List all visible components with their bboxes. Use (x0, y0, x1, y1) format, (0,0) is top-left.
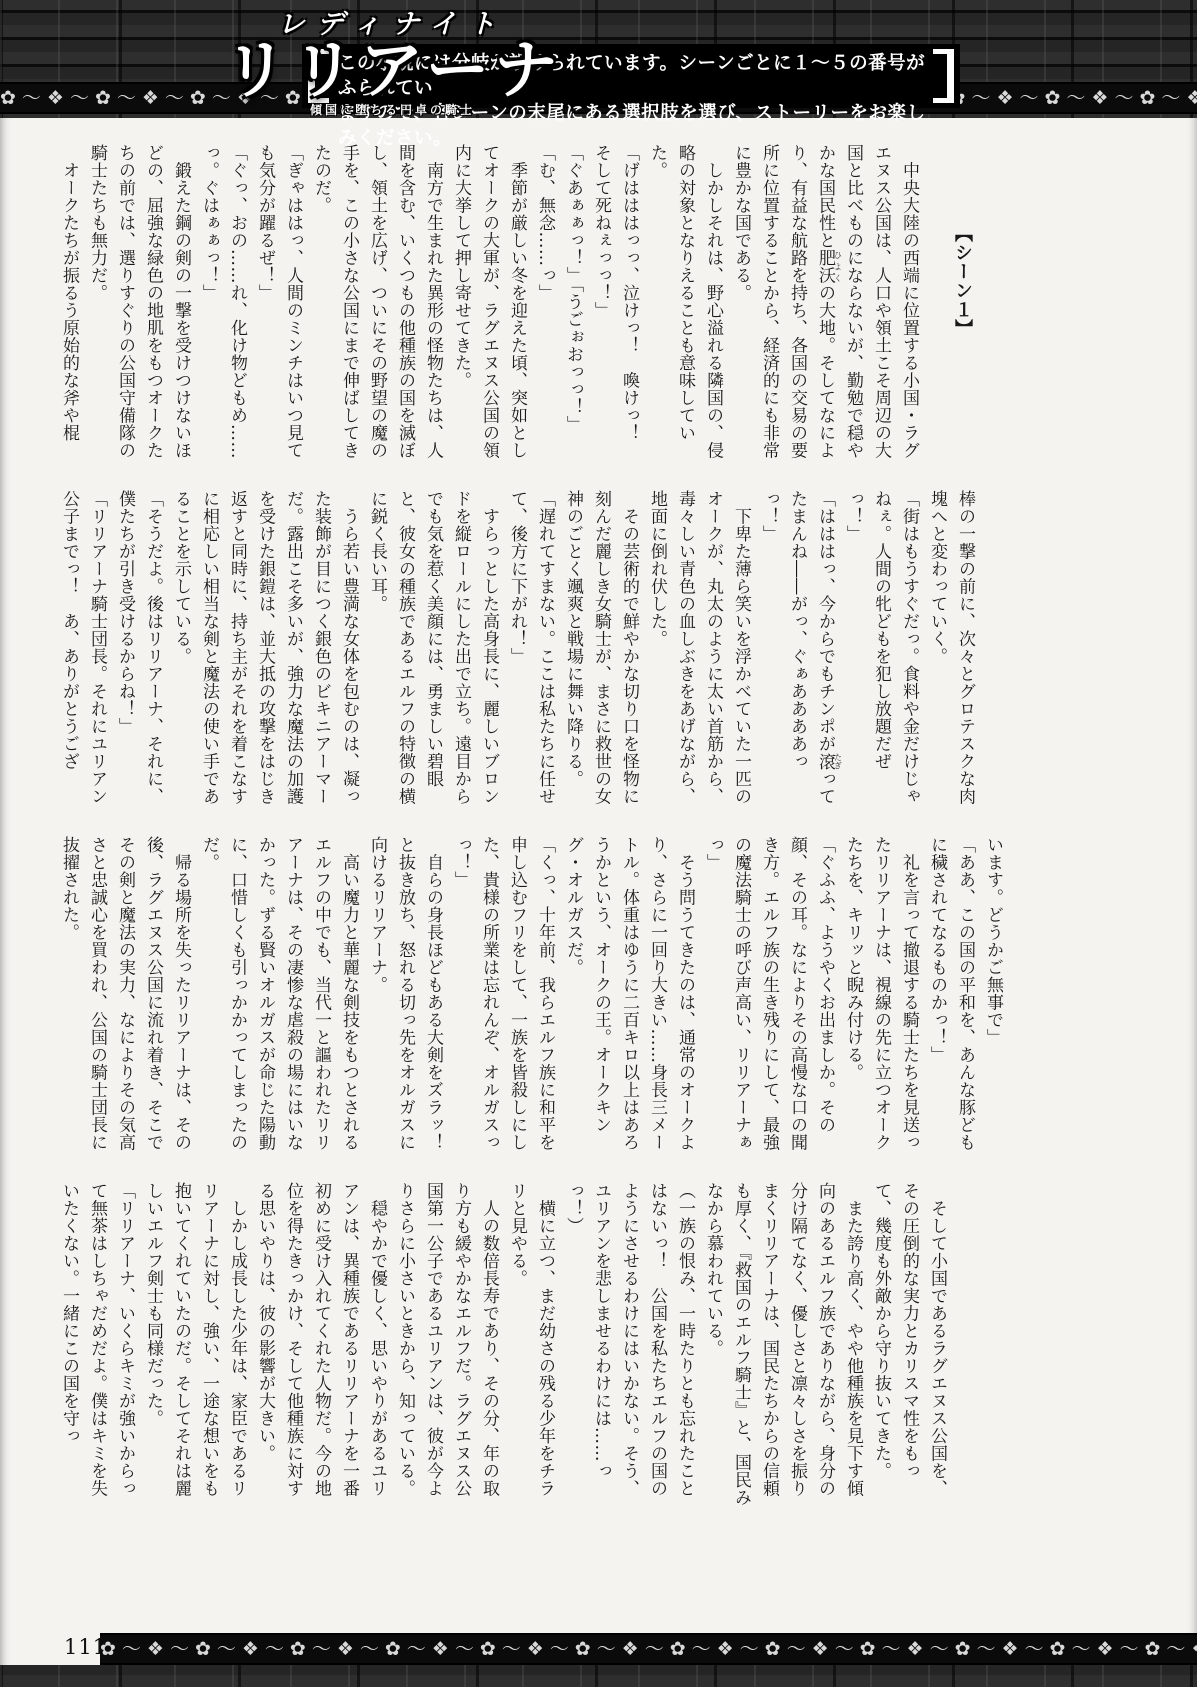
logo-subtitle: 傾国に堕ちる円卓の騎士 (80, 101, 705, 118)
novel-body: 【シーン１】 中央大陸の西端に位置する小国・ラグエヌス公国は、人口や領土こそ周辺… (55, 118, 1007, 1528)
novel-text-row-2: 棒の一撃の前に、次々とグロテスクな肉塊へと変わっていく。 「街はもうすぐだっ。食… (55, 490, 979, 820)
scene-heading: 【シーン１】 (949, 144, 975, 474)
ornament-border-bottom: ✿～❖～✿～❖～✿～❖～✿～❖～✿～❖～✿～❖～✿～❖～✿～❖～✿～❖～✿～❖～… (100, 1633, 1197, 1665)
title-logo: レディナイト リリアーナ 傾国に堕ちる円卓の騎士 (80, 2, 705, 118)
novel-text: そして小国であるラグエヌス公国を、その圧倒的な実力とカリスマ性をもって、幾度も外… (55, 1182, 951, 1512)
logo-title: リリアーナ (80, 41, 705, 101)
novel-text: 棒の一撃の前に、次々とグロテスクな肉塊へと変わっていく。 「街はもうすぐだっ。食… (55, 490, 979, 820)
novel-text-row-4: そして小国であるラグエヌス公国を、その圧倒的な実力とカリスマ性をもって、幾度も外… (55, 1182, 951, 1512)
novel-page: ✿～❖～✿～❖～✿～❖～✿～❖～✿～❖～✿～❖～✿～❖～✿～❖～✿～❖～✿～❖～… (0, 0, 1197, 1687)
bracket-right-decoration (933, 49, 954, 103)
novel-text: います。どうかご無事で」 「ああ、この国の平和を、あんな豚どもに穢されてなるもの… (55, 836, 1007, 1166)
novel-text-row-1: 【シーン１】 中央大陸の西端に位置する小国・ラグエヌス公国は、人口や領土こそ周辺… (55, 144, 975, 474)
novel-text: 中央大陸の西端に位置する小国・ラグエヌス公国は、人口や領土こそ周辺の大国と比べも… (55, 144, 923, 474)
page-header-banner: ✿～❖～✿～❖～✿～❖～✿～❖～✿～❖～✿～❖～✿～❖～✿～❖～✿～❖～✿～❖～… (0, 0, 1197, 118)
bottom-brick-edge (0, 1665, 1197, 1687)
page-footer: 111 ✿～❖～✿～❖～✿～❖～✿～❖～✿～❖～✿～❖～✿～❖～✿～❖～✿～❖～… (0, 1621, 1197, 1687)
novel-text-row-3: います。どうかご無事で」 「ああ、この国の平和を、あんな豚どもに穢されてなるもの… (55, 836, 1007, 1166)
